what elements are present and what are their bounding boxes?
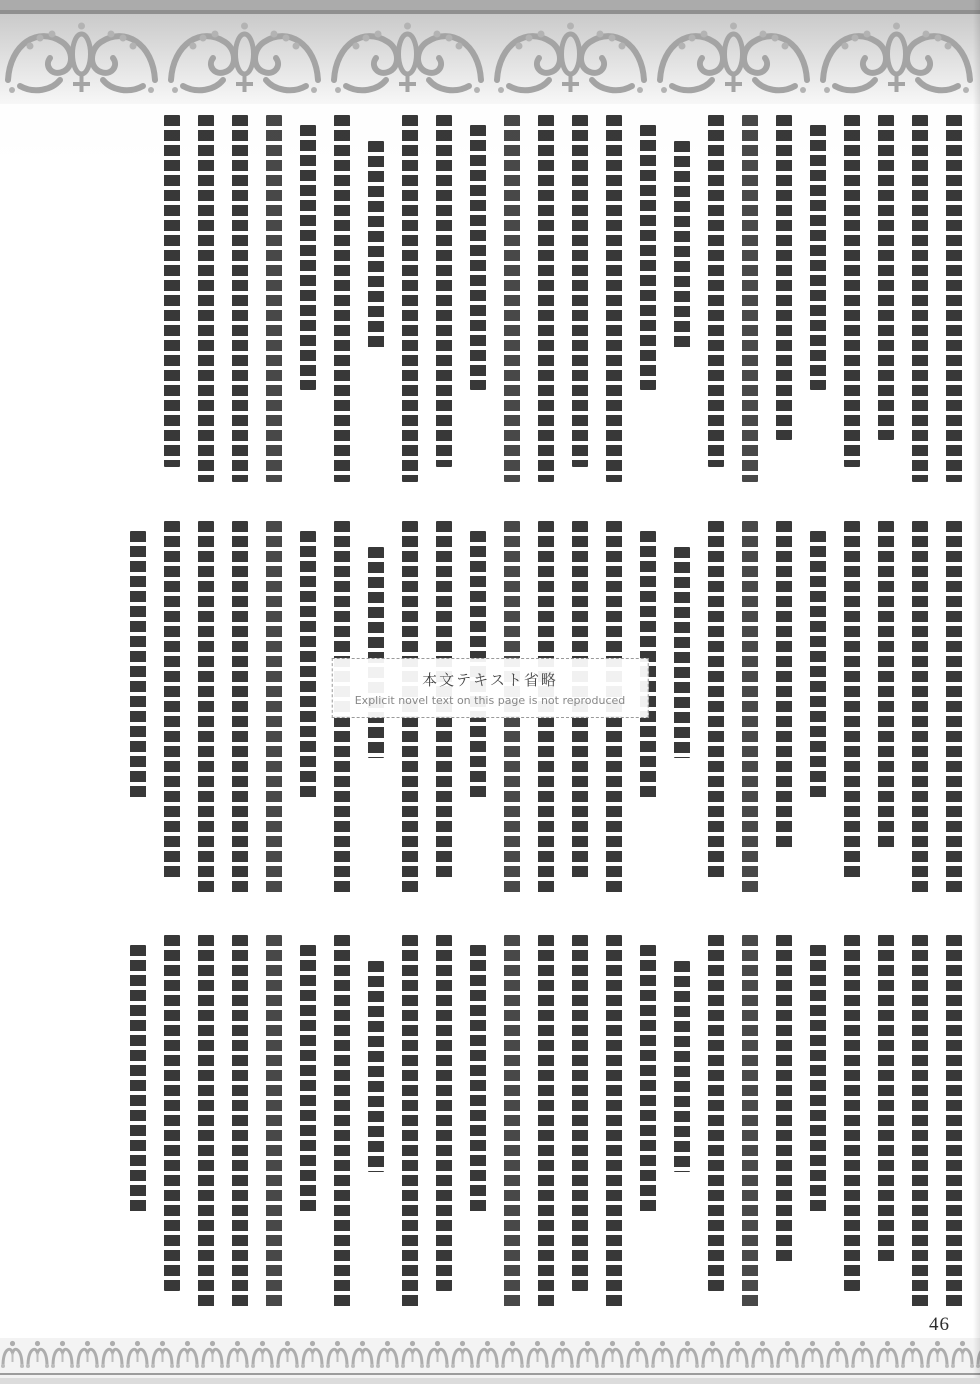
redacted-text-column xyxy=(572,115,588,467)
redacted-text-column xyxy=(334,935,350,1307)
redacted-text-column xyxy=(266,935,282,1307)
redacted-text-column xyxy=(912,115,928,482)
redacted-text-column xyxy=(232,935,248,1307)
redacted-text-column xyxy=(674,141,690,349)
text-band-1 xyxy=(0,115,980,493)
redacted-text-column xyxy=(946,521,962,893)
redacted-text-column xyxy=(674,961,690,1172)
redacted-text-column xyxy=(300,125,316,390)
page-number: 46 xyxy=(929,1314,950,1336)
redacted-text-column xyxy=(504,935,520,1307)
redacted-text-column xyxy=(232,115,248,482)
redacted-text-column xyxy=(334,115,350,482)
book-page: 本文テキスト省略 Explicit novel text on this pag… xyxy=(0,0,980,1384)
redacted-text-column xyxy=(844,115,860,467)
redacted-text-column xyxy=(810,945,826,1213)
redacted-text-column xyxy=(368,961,384,1172)
redacted-text-column xyxy=(300,531,316,800)
redacted-text-column xyxy=(844,521,860,878)
redacted-text-column xyxy=(470,125,486,390)
redacted-text-column xyxy=(776,521,792,851)
redacted-text-column xyxy=(640,945,656,1213)
redacted-text-column xyxy=(504,115,520,482)
redaction-subtitle: Explicit novel text on this page is not … xyxy=(355,694,626,707)
redacted-text-column xyxy=(368,141,384,349)
scan-edge-bottom xyxy=(0,1378,980,1384)
redaction-title: 本文テキスト省略 xyxy=(355,669,626,690)
redacted-text-column xyxy=(708,521,724,878)
redacted-text-column xyxy=(742,935,758,1307)
redacted-text-column xyxy=(198,115,214,482)
redacted-text-column xyxy=(538,935,554,1307)
redacted-text-column xyxy=(538,115,554,482)
redacted-text-column xyxy=(606,115,622,482)
redacted-text-column xyxy=(810,125,826,390)
redacted-text-column xyxy=(300,945,316,1213)
redacted-text-column xyxy=(402,115,418,482)
redacted-text-column xyxy=(232,521,248,893)
redacted-text-column xyxy=(674,547,690,758)
redacted-text-column xyxy=(946,935,962,1307)
redacted-text-column xyxy=(640,125,656,390)
redacted-text-column xyxy=(266,115,282,482)
redacted-text-column xyxy=(878,521,894,851)
redacted-text-column xyxy=(572,935,588,1291)
redacted-text-column xyxy=(130,945,146,1213)
redacted-text-column xyxy=(606,935,622,1307)
redacted-text-column xyxy=(844,935,860,1291)
redacted-text-column xyxy=(708,935,724,1291)
redacted-text-column xyxy=(878,935,894,1264)
damask-border-graphic xyxy=(0,0,980,104)
redacted-text-column xyxy=(198,935,214,1307)
redacted-text-column xyxy=(742,115,758,482)
redacted-text-column xyxy=(198,521,214,893)
redacted-text-column xyxy=(912,935,928,1307)
ornamental-top-border xyxy=(0,0,980,104)
redacted-text-column xyxy=(878,115,894,440)
redacted-text-column xyxy=(810,531,826,800)
redacted-text-column xyxy=(266,521,282,893)
redacted-text-column xyxy=(164,115,180,467)
redacted-text-column xyxy=(436,935,452,1291)
redacted-text-column xyxy=(946,115,962,482)
redacted-text-column xyxy=(912,521,928,893)
redacted-text-column xyxy=(436,115,452,467)
redacted-text-column xyxy=(470,945,486,1213)
redacted-text-column xyxy=(776,935,792,1264)
redacted-text-column xyxy=(776,115,792,440)
redacted-text-column xyxy=(130,531,146,800)
redacted-text-column xyxy=(402,935,418,1307)
redaction-notice: 本文テキスト省略 Explicit novel text on this pag… xyxy=(332,658,649,718)
scan-edge-right xyxy=(973,0,980,1384)
redacted-text-column xyxy=(708,115,724,467)
redacted-text-column xyxy=(164,935,180,1291)
redacted-text-column xyxy=(368,547,384,758)
redacted-text-column xyxy=(164,521,180,878)
redacted-text-column xyxy=(742,521,758,893)
text-band-3 xyxy=(0,935,980,1318)
